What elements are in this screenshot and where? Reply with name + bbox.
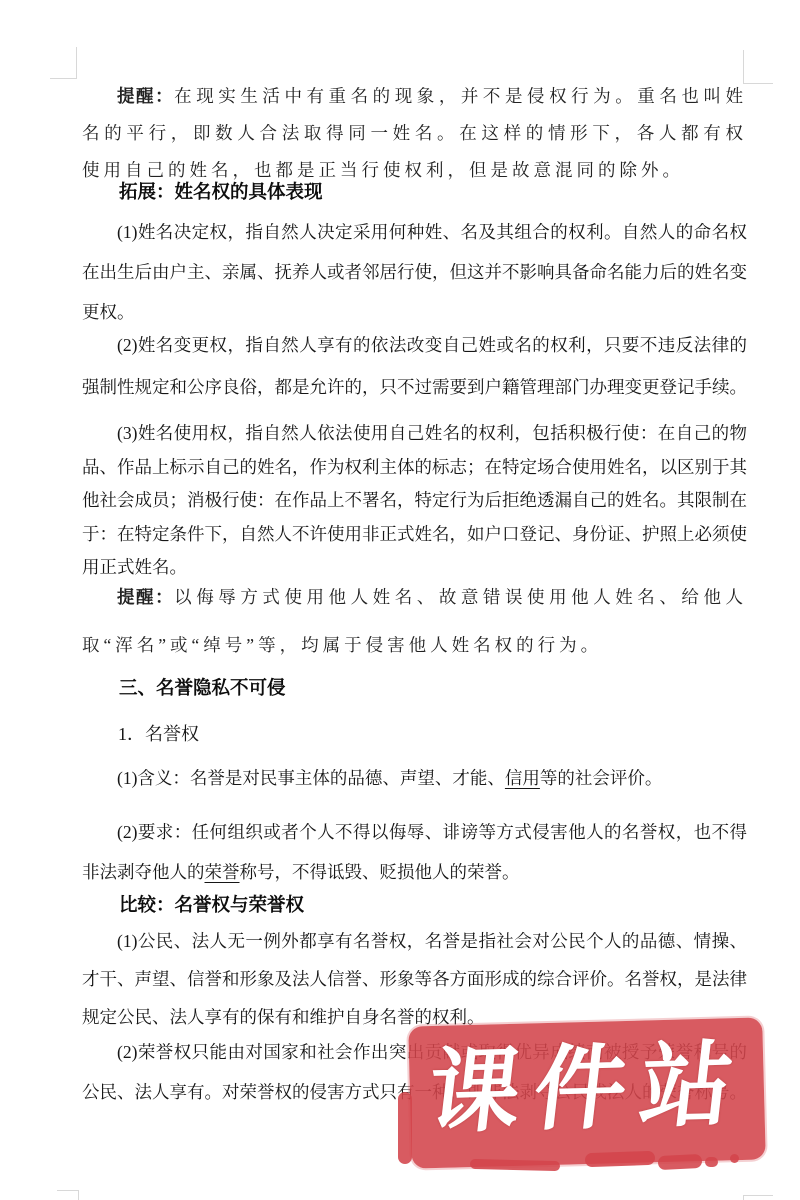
heading-reputation-right: 1．名誉权 bbox=[82, 721, 747, 747]
stamp-ink-smear bbox=[658, 1154, 703, 1170]
heading-compare: 比较：名誉权与荣誉权 bbox=[82, 893, 747, 919]
paragraph-remind-2: 提醒：以侮辱方式使用他人姓名、故意错误使用他人姓名、给他人取“浑名”或“绰号”等… bbox=[82, 573, 747, 669]
margin-corner-mark-bottom-right bbox=[743, 1195, 773, 1200]
paragraph-remind-1: 提醒：在现实生活中有重名的现象，并不是侵权行为。重名也叫姓名的平行，即数人合法取… bbox=[82, 78, 747, 189]
margin-corner-mark-top-right bbox=[743, 50, 773, 84]
reputation-meaning-underlined: 信用 bbox=[505, 768, 540, 788]
margin-corner-mark-top-left bbox=[50, 47, 77, 79]
stamp-ink-smear bbox=[705, 1157, 718, 1167]
remind-1-text: 在现实生活中有重名的现象，并不是侵权行为。重名也叫姓名的平行，即数人合法取得同一… bbox=[82, 86, 747, 180]
stamp-ink-smear bbox=[398, 1092, 412, 1164]
reputation-meaning-post: 等的社会评价。 bbox=[540, 768, 663, 788]
paragraph-reputation-requirement: (2)要求：任何组织或者个人不得以侮辱、诽谤等方式侵害他人的名誉权，也不得非法剥… bbox=[82, 812, 747, 892]
paragraph-compare-1: (1)公民、法人无一例外都享有名誉权，名誉是指社会对公民个人的品德、情操、才干、… bbox=[82, 922, 747, 1036]
margin-corner-mark-bottom-left bbox=[57, 1190, 79, 1200]
heading-section-three: 三、名誉隐私不可侵 bbox=[82, 676, 747, 702]
stamp-ink-smear bbox=[585, 1151, 655, 1167]
stamp-ink-smear bbox=[470, 1159, 560, 1171]
stamp-ink-dot bbox=[730, 1154, 739, 1163]
remind-2-text: 以侮辱方式使用他人姓名、故意错误使用他人姓名、给他人取“浑名”或“绰号”等，均属… bbox=[82, 587, 747, 655]
paragraph-name-use-right: (3)姓名使用权，指自然人依法使用自己姓名的权利，包括积极行使：在自己的物品、作… bbox=[82, 417, 747, 585]
reputation-requirement-underlined: 荣誉 bbox=[205, 862, 240, 882]
reputation-requirement-post: 称号，不得诋毁、贬损他人的荣誉。 bbox=[240, 862, 520, 882]
paragraph-name-change-right: (2)姓名变更权，指自然人享有的依法改变自己姓或名的权利，只要不违反法律的强制性… bbox=[82, 324, 747, 408]
heading-expand: 拓展：姓名权的具体表现 bbox=[82, 180, 747, 206]
paragraph-reputation-meaning: (1)含义：名誉是对民事主体的品德、声望、才能、信用等的社会评价。 bbox=[82, 758, 747, 798]
paragraph-name-decision-right: (1)姓名决定权，指自然人决定采用何种姓、名及其组合的权利。自然人的命名权在出生… bbox=[82, 212, 747, 332]
document-page: 提醒：在现实生活中有重名的现象，并不是侵权行为。重名也叫姓名的平行，即数人合法取… bbox=[0, 0, 800, 1200]
reputation-meaning-pre: (1)含义：名誉是对民事主体的品德、声望、才能、 bbox=[117, 768, 505, 788]
remind-1-label: 提醒： bbox=[117, 86, 174, 106]
stamp-text: 课件站 bbox=[423, 1039, 751, 1140]
remind-2-label: 提醒： bbox=[117, 587, 174, 607]
kejianzhan-watermark-stamp: 课件站 bbox=[408, 1017, 766, 1168]
